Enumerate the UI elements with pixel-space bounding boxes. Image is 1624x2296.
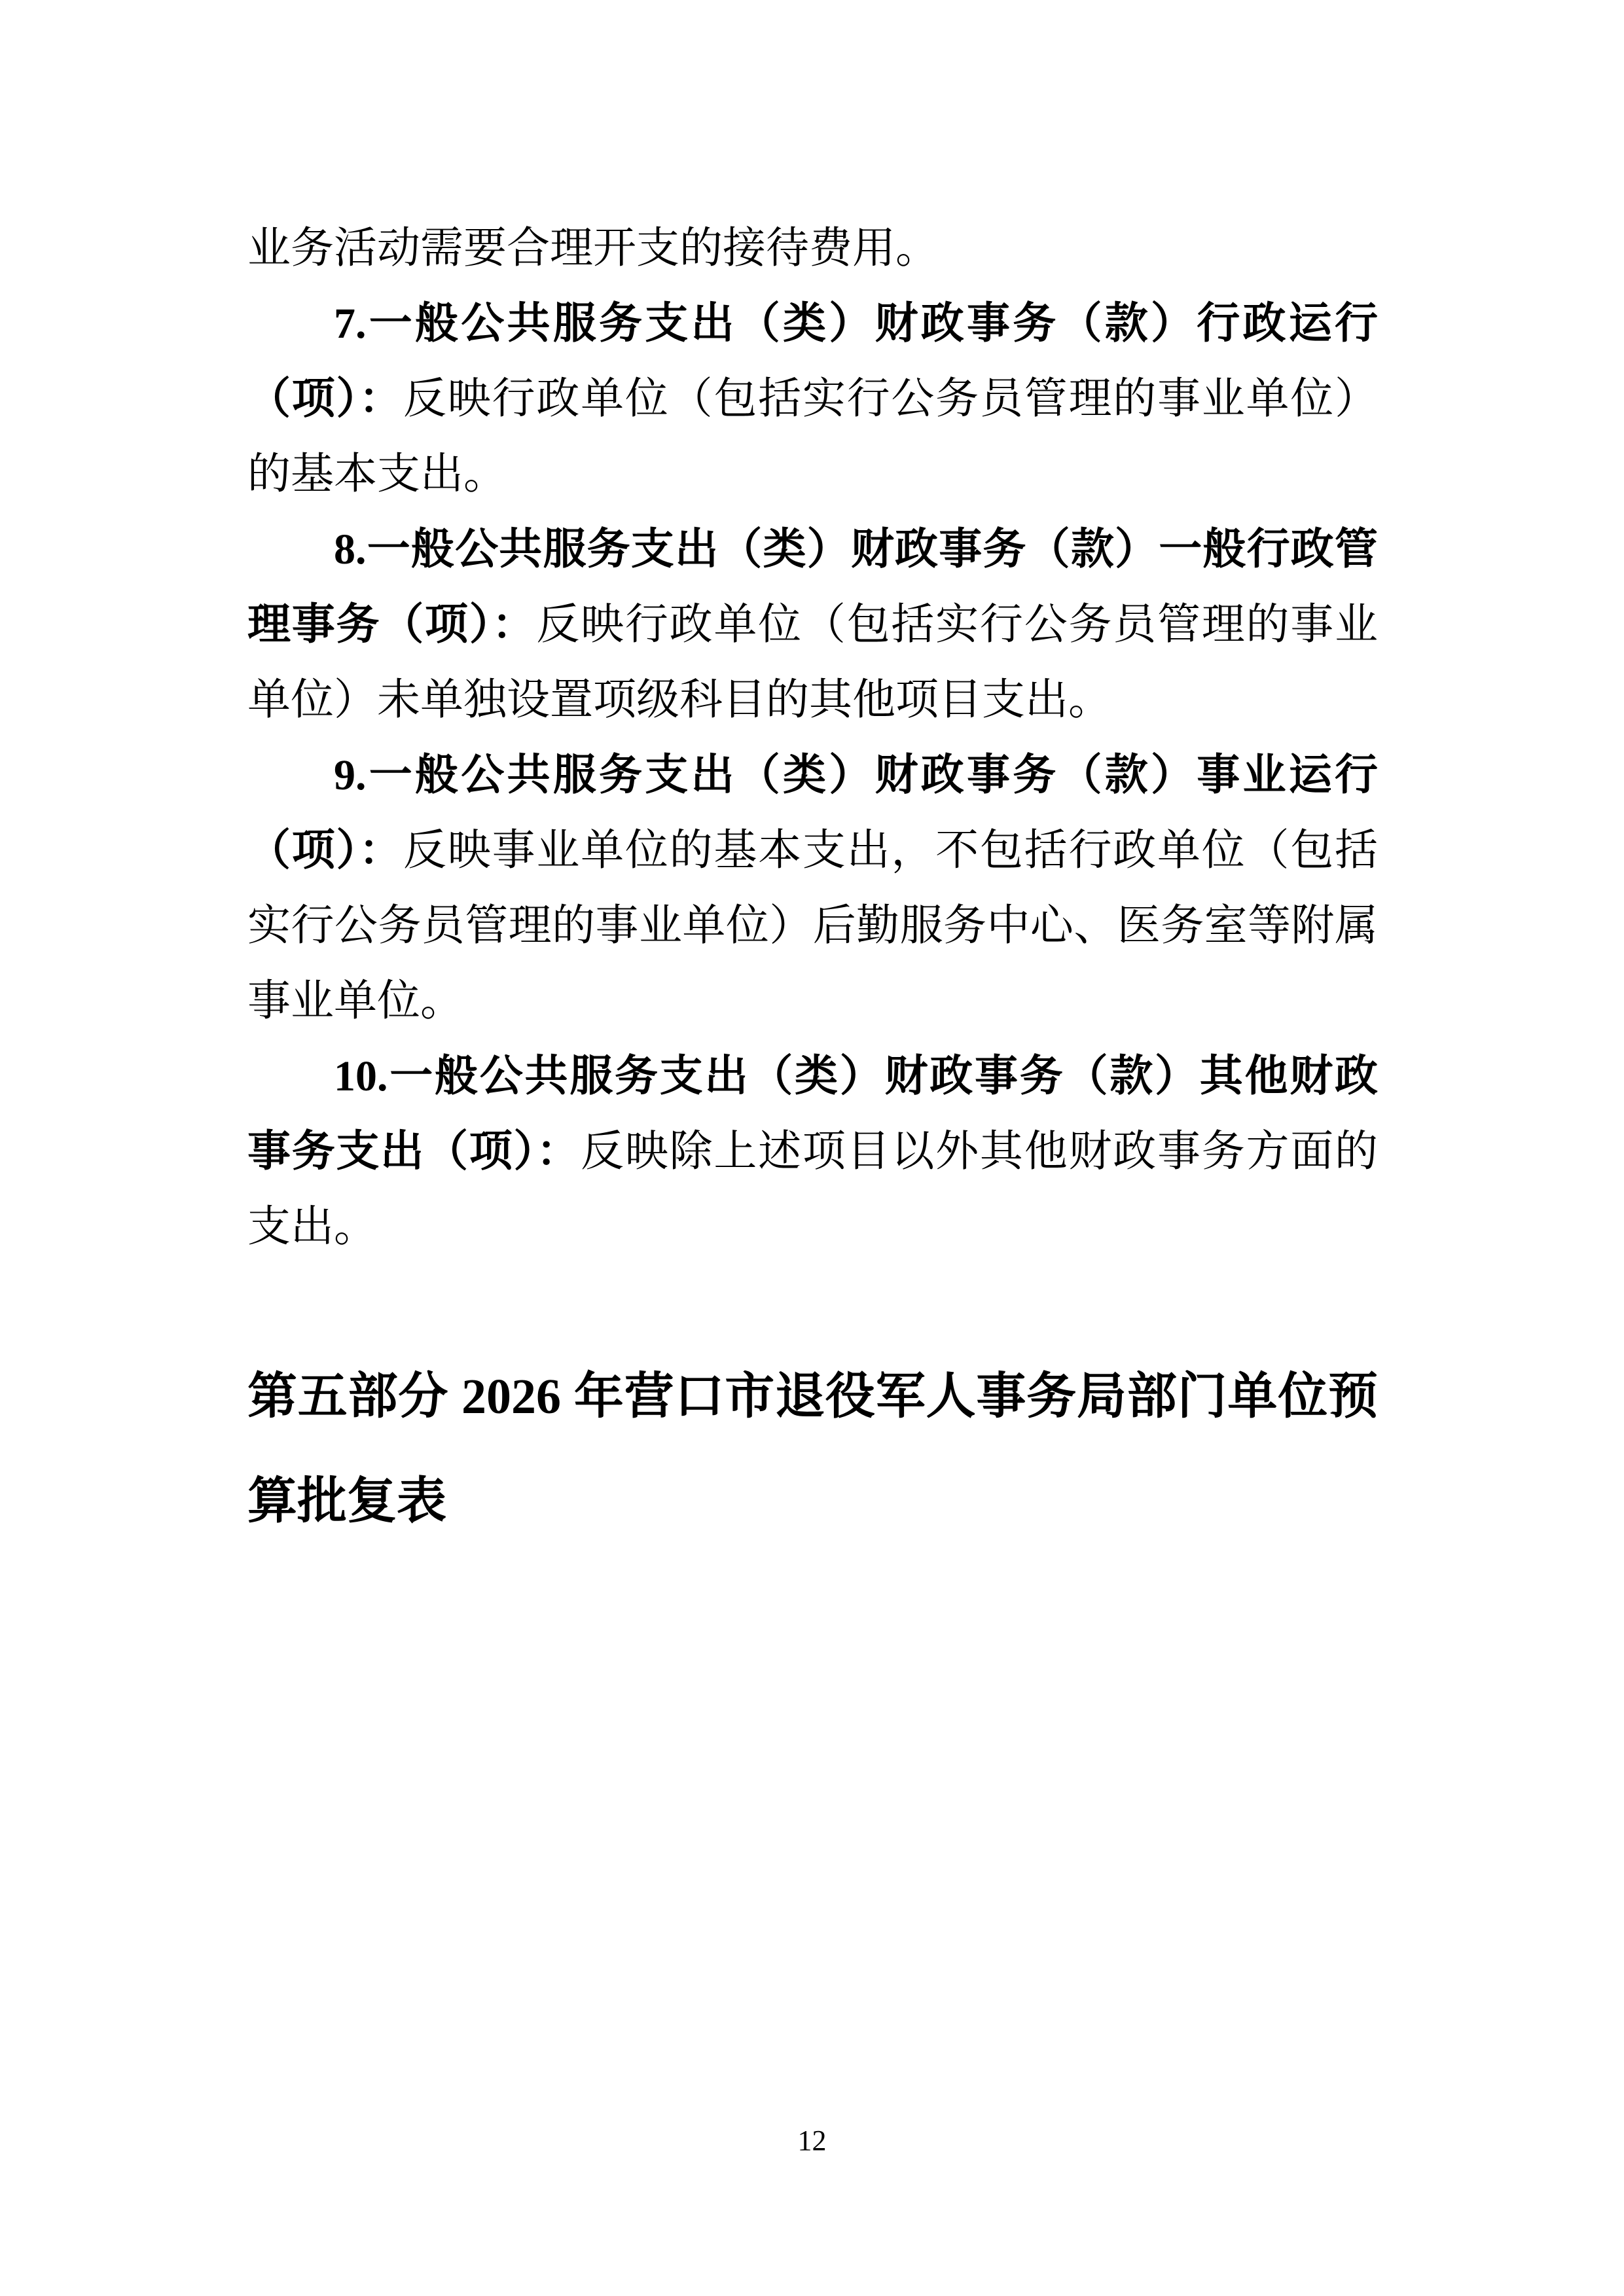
page-number: 12 (0, 2125, 1624, 2157)
document-page: 业务活动需要合理开支的接待费用。 7.一般公共服务支出（类）财政事务（款）行政运… (0, 0, 1624, 2296)
paragraph-item-7: 7.一般公共服务支出（类）财政事务（款）行政运行（项）：反映行政单位（包括实行公… (247, 286, 1378, 512)
paragraph-item-9: 9.一般公共服务支出（类）财政事务（款）事业运行（项）：反映事业单位的基本支出，… (247, 738, 1378, 1039)
paragraph-item-10: 10.一般公共服务支出（类）财政事务（款）其他财政事务支出（项）：反映除上述项目… (247, 1039, 1378, 1265)
paragraph-text: 反映行政单位（包括实行公务员管理的事业单位）的基本支出。 (247, 375, 1378, 498)
paragraph-text: 反映事业单位的基本支出，不包括行政单位（包括实行公务员管理的事业单位）后勤服务中… (247, 827, 1378, 1025)
paragraph-item-8: 8.一般公共服务支出（类）财政事务（款）一般行政管理事务（项）：反映行政单位（包… (247, 512, 1378, 738)
paragraph-text: 业务活动需要合理开支的接待费用。 (247, 224, 939, 272)
paragraph-continuation: 业务活动需要合理开支的接待费用。 (247, 211, 1378, 286)
page-body-text: 业务活动需要合理开支的接待费用。 7.一般公共服务支出（类）财政事务（款）行政运… (247, 211, 1378, 1554)
section-heading: 第五部分 2026 年营口市退役军人事务局部门单位预算批复表 (247, 1344, 1378, 1554)
